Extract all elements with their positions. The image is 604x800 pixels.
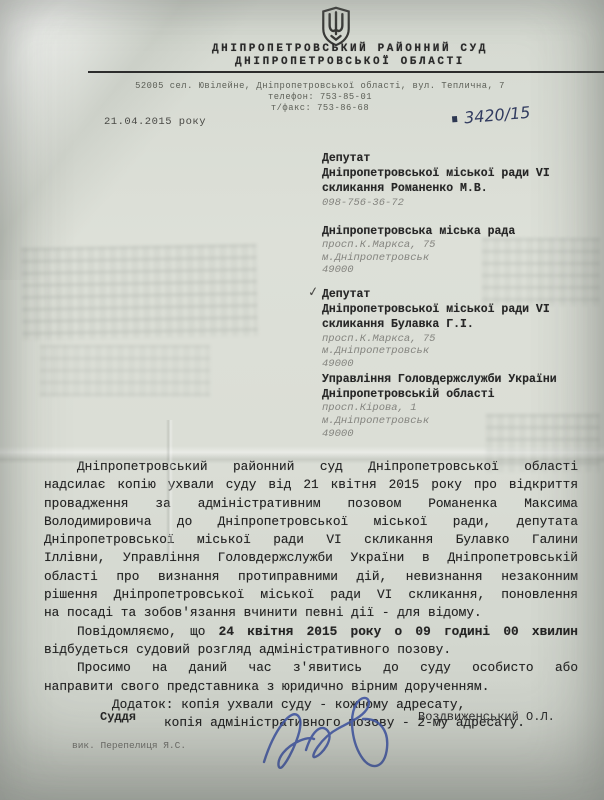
body-line: провадження за адміністративним позовом … bbox=[44, 495, 578, 513]
bleedthrough-patch bbox=[21, 244, 258, 340]
recipient-zip: 49000 bbox=[322, 358, 584, 371]
recipient-line: Дніпропетровська міська рада bbox=[322, 224, 584, 239]
court-name-line2: ДНІПРОПЕТРОВСЬКОЇ ОБЛАСТІ bbox=[45, 56, 604, 68]
recipient-line: Дніпропетровської міської ради VI bbox=[322, 166, 584, 181]
recipient-block-3: ✓ Депутат Дніпропетровської міської ради… bbox=[322, 287, 584, 370]
recipient-line: Депутат bbox=[322, 151, 584, 166]
court-address: 52005 сел. Ювілейне, Дніпропетровської о… bbox=[40, 81, 600, 91]
body-line: Просимо на даний час з'явитись до суду о… bbox=[44, 659, 578, 677]
handwritten-checkmark: ✓ bbox=[307, 284, 320, 300]
court-phone: телефон: 753-85-01 bbox=[40, 92, 600, 102]
body-line: області про визнання протиправними дій, … bbox=[44, 568, 578, 586]
recipient-line: Управління Головдержслужби України bbox=[322, 372, 584, 387]
recipient-block-2: Дніпропетровська міська рада просп.К.Мар… bbox=[322, 224, 584, 277]
scanned-court-letter: ДНІПРОПЕТРОВСЬКИЙ РАЙОННИЙ СУД ДНІПРОПЕТ… bbox=[0, 0, 604, 800]
recipient-line: Депутат bbox=[322, 287, 584, 302]
recipient-line: скликання Романенко М.В. bbox=[322, 181, 584, 196]
paper-crease bbox=[166, 420, 173, 560]
hearing-datetime: 24 квітня 2015 року о 09 годині 00 хвили… bbox=[219, 624, 578, 639]
court-name-line1: ДНІПРОПЕТРОВСЬКИЙ РАЙОННИЙ СУД bbox=[45, 43, 604, 55]
recipient-line: Дніпропетровській області bbox=[322, 387, 584, 402]
handwritten-signature bbox=[248, 686, 408, 786]
bleedthrough-patch bbox=[40, 345, 210, 397]
body-line: Дніпропетровської міської ради VI склика… bbox=[44, 531, 578, 549]
executor-note: вик. Перепелиця Я.С. bbox=[72, 740, 186, 751]
recipient-phone: 098-756-36-72 bbox=[322, 197, 584, 210]
ukraine-trident-emblem bbox=[317, 6, 355, 46]
body-line-hearing-notice: Повідомляємо, що 24 квітня 2015 року о 0… bbox=[44, 623, 578, 641]
recipient-line: Дніпропетровської міської ради VI bbox=[322, 302, 584, 317]
recipient-address: просп.К.Маркса, 75 bbox=[322, 239, 584, 252]
number-mark bbox=[452, 116, 458, 122]
body-line: Володимировича до Дніпропетровської місь… bbox=[44, 513, 578, 531]
body-line: Іллівни, Управління Головдержслужби Укра… bbox=[44, 549, 578, 567]
letterhead-divider bbox=[88, 71, 604, 73]
recipient-line: скликання Булавка Г.І. bbox=[322, 317, 584, 332]
recipient-block-1: Депутат Дніпропетровської міської ради V… bbox=[322, 151, 584, 209]
recipient-zip: 49000 bbox=[322, 428, 584, 441]
paper-fold-highlight bbox=[0, 0, 310, 280]
recipient-block-4: Управління Головдержслужби України Дніпр… bbox=[322, 372, 584, 440]
body-line: надсилає копію ухвали суду від 21 квітня… bbox=[44, 476, 578, 494]
recipient-city: м.Дніпропетровськ bbox=[322, 415, 584, 428]
letter-date: 21.04.2015 року bbox=[104, 116, 206, 128]
body-line: рішення Дніпропетровської міської ради V… bbox=[44, 586, 578, 604]
body-line: на посаді та зобов'язання вчинити певні … bbox=[44, 604, 578, 622]
recipient-zip: 49000 bbox=[322, 264, 584, 277]
body-line: відбудеться судовий розгляд адміністрати… bbox=[44, 641, 578, 659]
paper-crease bbox=[0, 446, 604, 464]
judge-name: Воздвиженський О.Л. bbox=[418, 710, 555, 724]
judge-label: Суддя bbox=[100, 710, 136, 724]
recipient-address: просп.Кірова, 1 bbox=[322, 402, 584, 415]
recipient-city: м.Дніпропетровськ bbox=[322, 345, 584, 358]
recipient-city: м.Дніпропетровськ bbox=[322, 252, 584, 265]
recipient-address: просп.К.Маркса, 75 bbox=[322, 333, 584, 346]
